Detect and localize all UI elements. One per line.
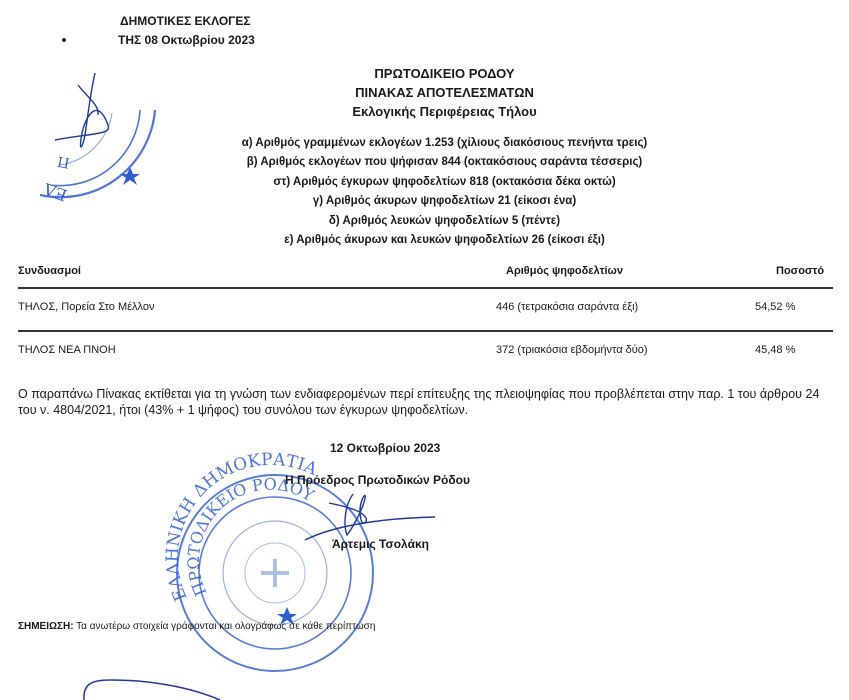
- stat-registered-voters: α) Αριθμός γραμμένων εκλογέων 1.253 (χίλ…: [40, 134, 849, 153]
- stat-invalid-ballots: γ) Αριθμός άκυρων ψηφοδελτίων 21 (είκοσι…: [40, 192, 849, 211]
- header-percent: Ποσοστό: [776, 265, 824, 277]
- elections-title: ΔΗΜΟΤΙΚΕΣ ΕΚΛΟΓΕΣ: [120, 14, 251, 28]
- notice-paragraph: Ο παραπάνω Πίνακας εκτίθεται για τη γνώσ…: [18, 387, 833, 418]
- row-percent: 45,48 %: [755, 344, 795, 356]
- row-votes: 446 (τετρακόσια σαράντα έξι): [496, 301, 638, 313]
- bullet-mark: [62, 38, 66, 42]
- row-name: ΤΗΛΟΣ, Πορεία Στο Μέλλον: [18, 301, 155, 313]
- bottom-pen-stroke-icon: [80, 675, 230, 700]
- header-combinations: Συνδυασμοί: [18, 265, 81, 277]
- stat-voters-voted: β) Αριθμός εκλογέων που ψήφισαν 844 (οκτ…: [40, 153, 849, 172]
- footnote: ΣΗΜΕΙΩΣΗ: Τα ανωτέρω στοιχεία γράφονται …: [18, 621, 375, 632]
- district-title: Εκλογικής Περιφέρειας Τήλου: [0, 104, 849, 119]
- results-table: Συνδυασμοί Αριθμός ψηφοδελτίων Ποσοστό Τ…: [18, 265, 833, 364]
- stat-invalid-and-blank: ε) Αριθμός άκυρων και λευκών ψηφοδελτίων…: [40, 231, 849, 250]
- footnote-label: ΣΗΜΕΙΩΣΗ:: [18, 621, 74, 632]
- row-name: ΤΗΛΟΣ ΝΕΑ ΠΝΟΗ: [18, 344, 116, 356]
- court-name: ΠΡΩΤΟΔΙΚΕΙΟ ΡΟΔΟΥ: [0, 66, 849, 81]
- stat-blank-ballots: δ) Αριθμός λευκών ψηφοδελτίων 5 (πέντε): [40, 212, 849, 231]
- president-title: Η Πρόεδρος Πρωτοδικών Ρόδου: [285, 473, 470, 487]
- election-stats: α) Αριθμός γραμμένων εκλογέων 1.253 (χίλ…: [0, 134, 849, 250]
- signed-date: 12 Οκτωβρίου 2023: [330, 441, 440, 455]
- table-header-row: Συνδυασμοί Αριθμός ψηφοδελτίων Ποσοστό: [18, 265, 833, 287]
- stat-valid-ballots: στ) Αριθμός έγκυρων ψηφοδελτίων 818 (οκτ…: [40, 173, 849, 192]
- table-row: ΤΗΛΟΣ ΝΕΑ ΠΝΟΗ 372 (τριακόσια εβδομήντα …: [18, 344, 833, 364]
- president-name: Άρτεμις Τσολάκη: [332, 537, 429, 551]
- row-percent: 54,52 %: [755, 301, 795, 313]
- table-title: ΠΙΝΑΚΑΣ ΑΠΟΤΕΛΕΣΜΑΤΩΝ: [0, 85, 849, 100]
- header-votes: Αριθμός ψηφοδελτίων: [506, 265, 623, 277]
- row-votes: 372 (τριακόσια εβδομήντα δύο): [496, 344, 648, 356]
- table-row: ΤΗΛΟΣ, Πορεία Στο Μέλλον 446 (τετρακόσια…: [18, 301, 833, 321]
- election-date: ΤΗΣ 08 Οκτωβρίου 2023: [118, 33, 255, 47]
- footnote-text: Τα ανωτέρω στοιχεία γράφονται και ολογρά…: [74, 621, 376, 632]
- signature-scribble-icon: [305, 490, 445, 540]
